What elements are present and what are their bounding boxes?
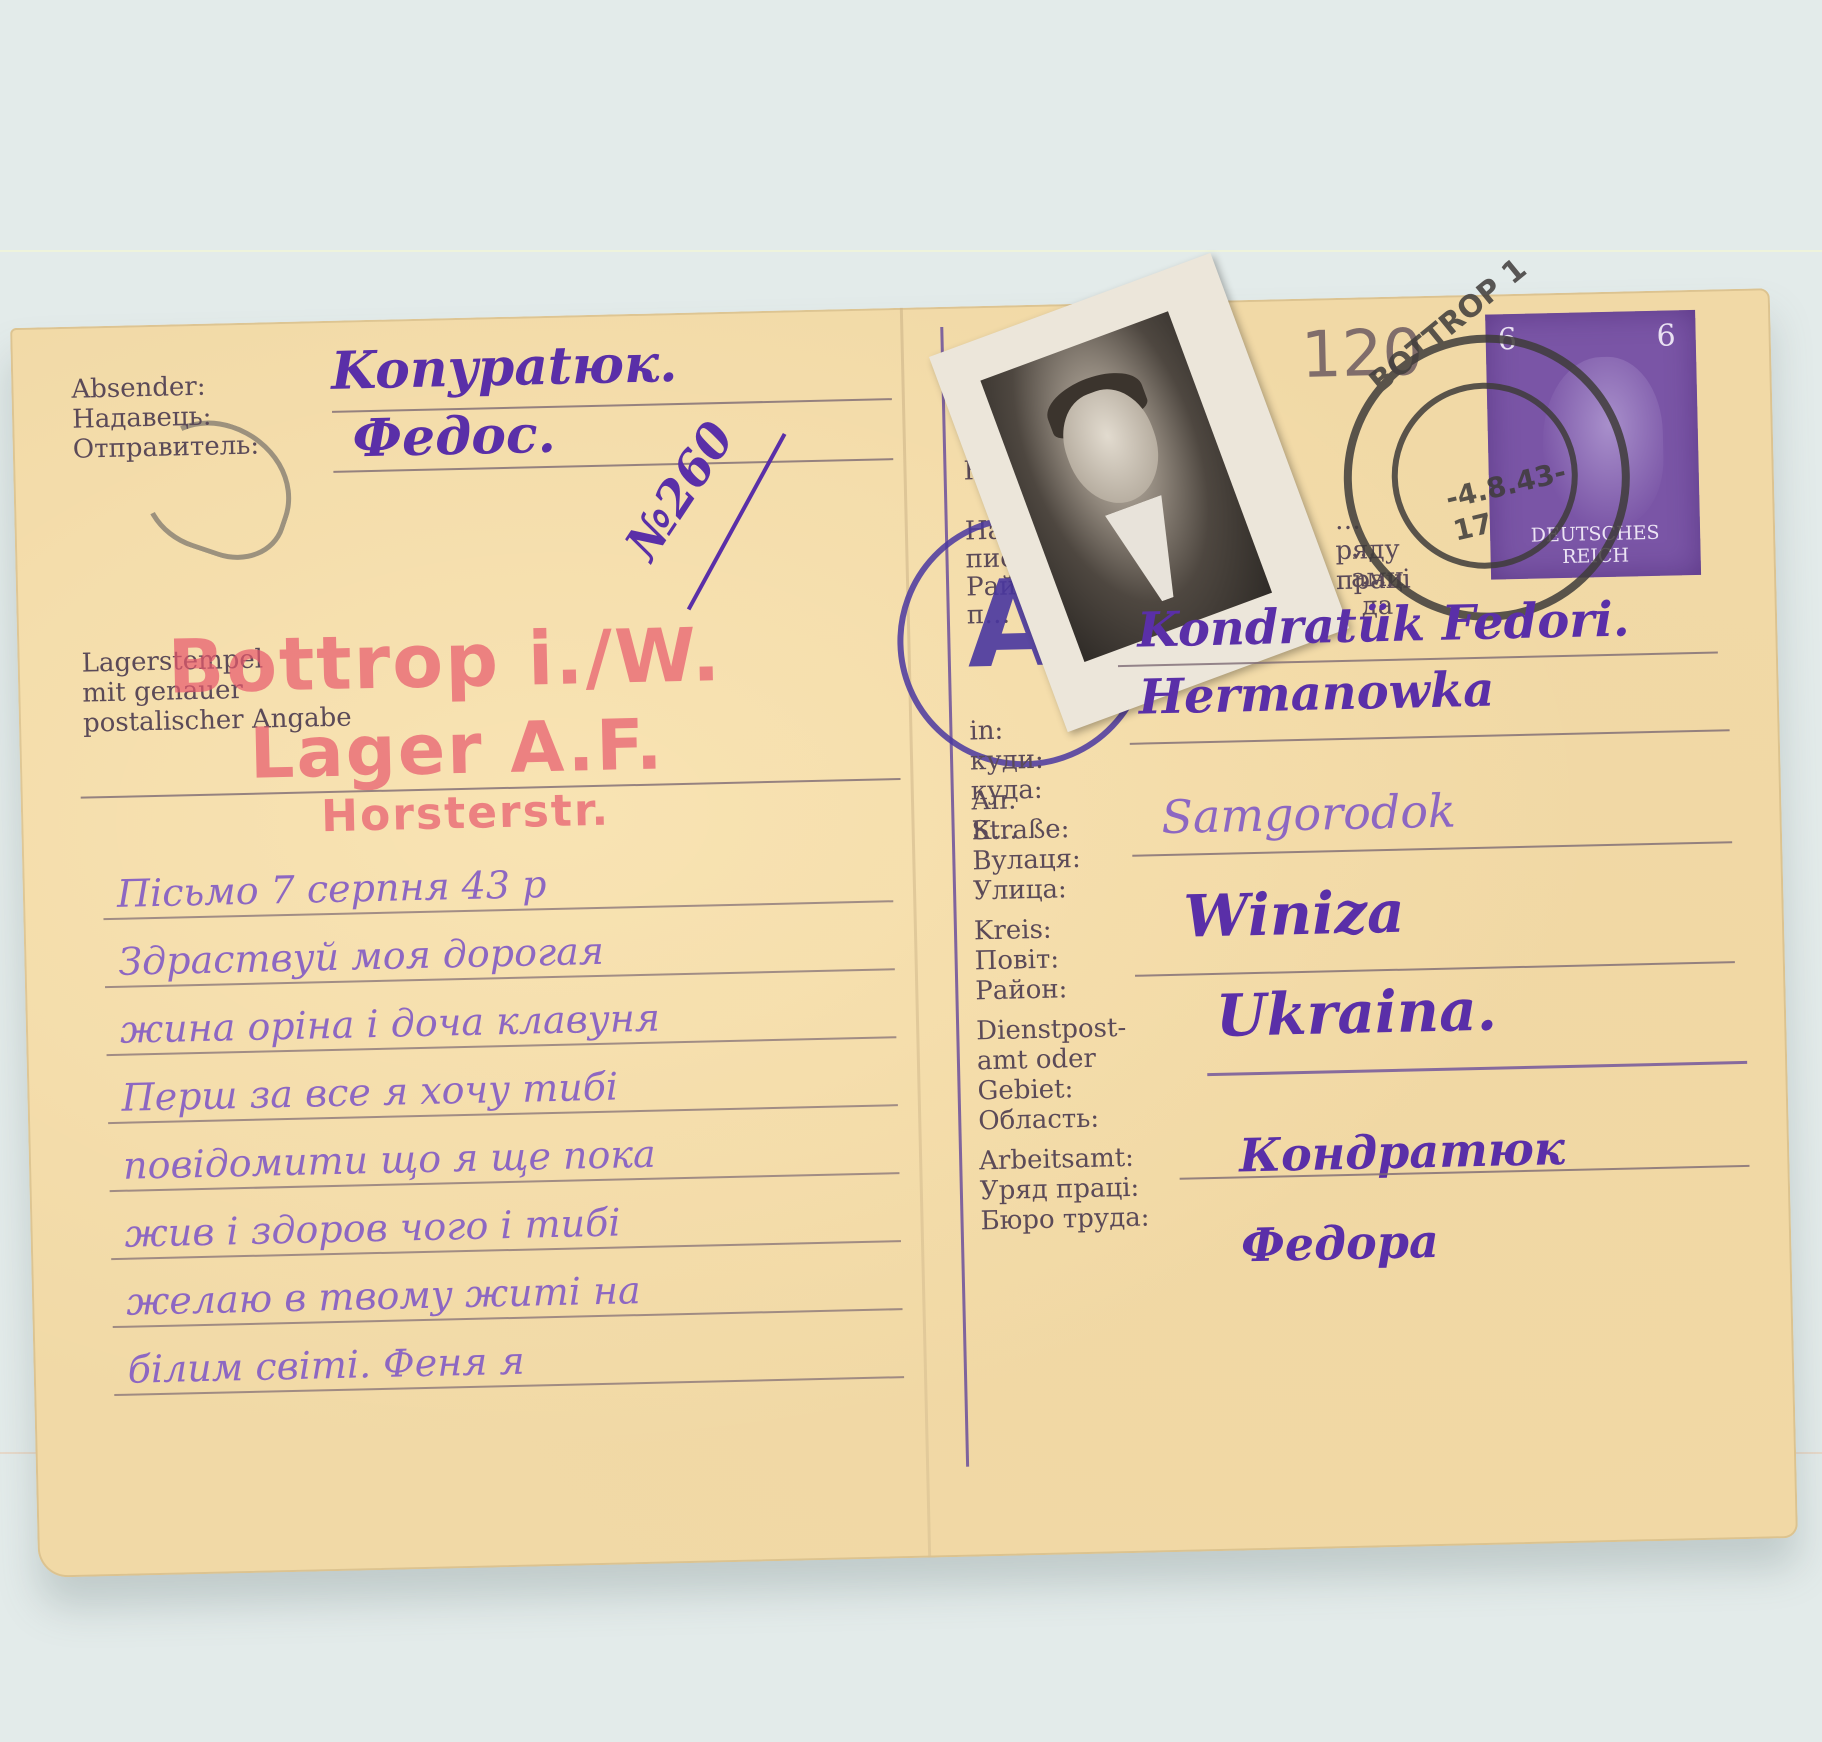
sender-labels: Absender: Надавець: Отправитель:	[71, 371, 259, 465]
postcard: Absender: Надавець: Отправитель: Konypat…	[10, 288, 1798, 1578]
recipient-name: Kondratük Fedori.	[1137, 591, 1631, 658]
sender-label-uk: Надавець:	[72, 401, 259, 435]
camp-stamp-line-3: Horsterstr.	[321, 785, 611, 843]
camp-stamp-line-2: Lager A.F.	[249, 703, 665, 794]
sender-label-de: Absender:	[71, 371, 258, 405]
fold-crease	[900, 308, 931, 1558]
center-divider	[940, 327, 969, 1467]
camp-stamp-line-1: Bottrop i./W.	[167, 612, 723, 711]
scan-line-top	[0, 250, 1822, 252]
stamp-value-right: 6	[1656, 318, 1676, 353]
sender-label-ru: Отправитель:	[72, 431, 259, 465]
sender-number: №260	[615, 412, 746, 570]
sender-firstname: Федос.	[352, 404, 556, 470]
postmark-date: -4.8.43-17	[1442, 455, 1578, 548]
handwritten-letter: Пісьмо 7 серпня 43 р Здраствуй моя дорог…	[102, 838, 904, 1400]
sender-surname: Konypatюк.	[330, 333, 677, 402]
